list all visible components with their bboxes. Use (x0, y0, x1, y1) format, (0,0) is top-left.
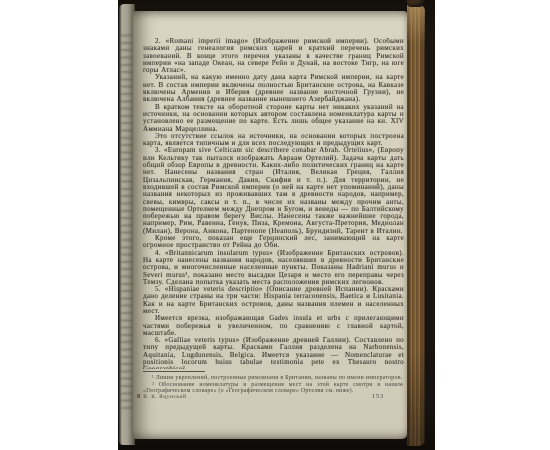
page-text-column: 2. «Romani imperii imago» (Изображение р… (143, 38, 404, 369)
footnote: ¹ Линии укреплений, построенные римлянам… (143, 375, 403, 382)
paragraph: 6. «Galliae veteris typus» (Изображение … (143, 337, 404, 369)
blurred-text-smudge (121, 32, 132, 412)
paragraph: 4. «Britannicarum insularum typus» (Изоб… (143, 250, 404, 286)
book-photo: 2. «Romani imperii imago» (Изображение р… (118, 0, 435, 450)
signature-mark: 8 (137, 393, 140, 400)
signature-group: 8 В. К. Яцунский (137, 393, 186, 400)
paragraph: В кратком тексте на оборотной стороне ка… (143, 104, 404, 133)
paragraph: Кроме этого, показан еще Герцинский лес,… (143, 235, 404, 250)
fore-edge-top-notch (407, 0, 425, 7)
paragraph: 2. «Romani imperii imago» (Изображение р… (143, 38, 404, 74)
paragraph: Указаний, на какую именно дату дана карт… (143, 74, 404, 103)
page-footer: 8 В. К. Яцунский 153 (137, 390, 407, 402)
page-number: 153 (372, 393, 384, 400)
paragraph: 3. «Europam sive Celticam sic describere… (143, 147, 404, 235)
white-background: 2. «Romani imperii imago» (Изображение р… (0, 0, 550, 450)
paragraph: Это отсутствие ссылок на источники, на о… (143, 133, 404, 148)
fore-edge-shading (407, 5, 425, 446)
book-page: 2. «Romani imperii imago» (Изображение р… (133, 11, 407, 439)
paragraph: Имеется врезка, изображающая Gades insul… (143, 315, 404, 337)
running-author: В. К. Яцунский (143, 394, 186, 400)
fore-edge-page-stack (407, 5, 425, 446)
paragraph: 5. «Hispaniae veteris descriptio» (Описа… (143, 286, 404, 315)
footnote-separator (143, 371, 205, 372)
